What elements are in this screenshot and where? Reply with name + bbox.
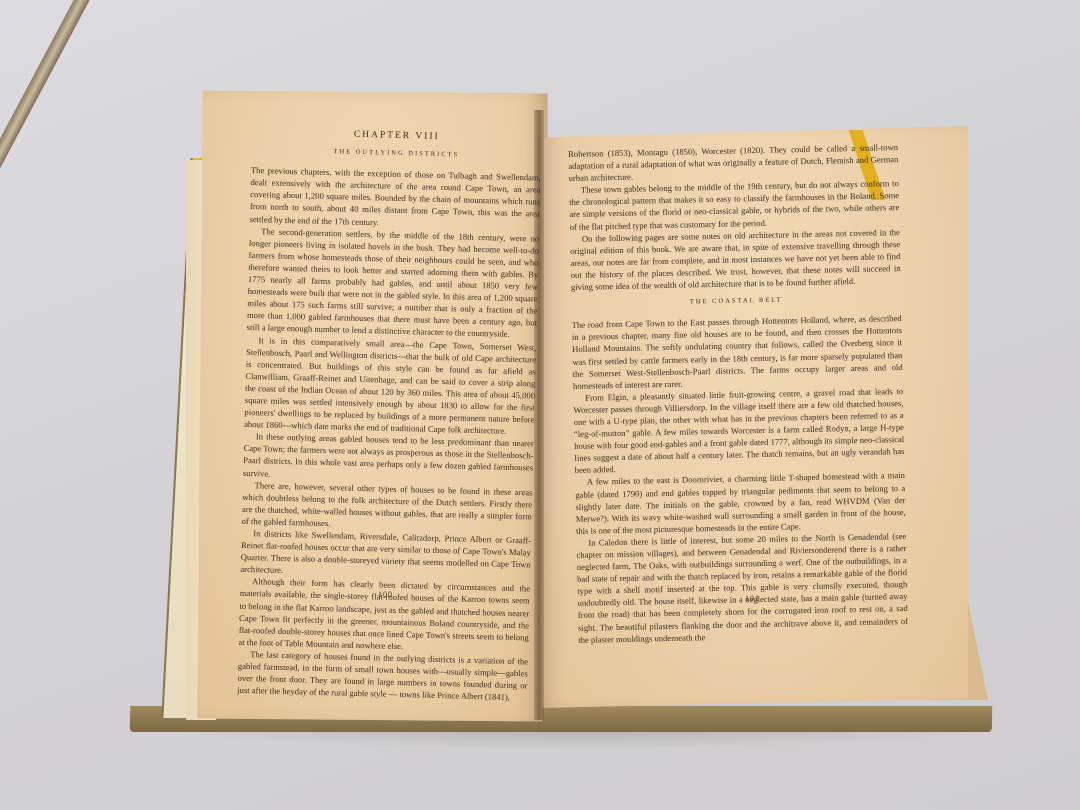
- paragraph: These town gables belong to the middle o…: [569, 177, 900, 232]
- paragraph: In districts like Swellendam, Riversdale…: [240, 527, 531, 583]
- page-number-right: 101: [745, 594, 760, 603]
- paragraph: The second-generation settlers, by the m…: [247, 225, 540, 341]
- section-title: THE OUTLYING DISTRICTS: [251, 144, 541, 164]
- left-page-text: CHAPTER VIII THE OUTLYING DISTRICTS The …: [237, 126, 542, 704]
- paragraph: It is in this comparatively small area—t…: [244, 333, 536, 437]
- paragraph: Although their form has clearly been dic…: [238, 575, 530, 655]
- paragraph: The last category of houses found in the…: [237, 648, 528, 704]
- paragraph: The previous chapters, with the exceptio…: [249, 164, 540, 232]
- paragraph: There are, however, several other types …: [242, 479, 533, 535]
- paragraph: The road from Cape Town to the East pass…: [572, 312, 903, 391]
- paragraph: On the following pages are some notes on…: [570, 226, 901, 293]
- paragraph: A few miles to the east is Doornrivier, …: [575, 469, 906, 536]
- right-page-text: Robertson (1853), Montagu (1850), Worces…: [568, 141, 908, 646]
- section-title: THE COASTAL BELT: [571, 292, 901, 311]
- wooden-stick: [0, 0, 90, 228]
- paragraph: In Caledon there is little of interest, …: [576, 530, 908, 646]
- paragraph: From Elgin, a pleasantly situated little…: [573, 385, 905, 477]
- paragraph: In these outlying areas gabled houses te…: [243, 430, 534, 486]
- page-number-left: 100: [378, 590, 393, 599]
